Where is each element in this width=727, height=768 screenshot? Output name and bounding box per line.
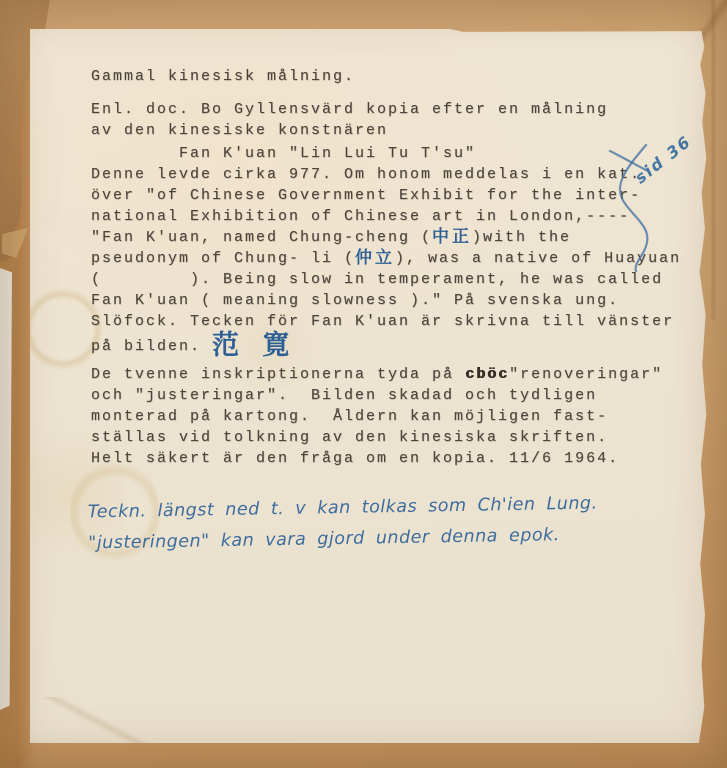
typed-line: och "justeringar". Bilden skadad och tyd…	[91, 385, 691, 406]
typed-text: av den kinesiske konstnären	[91, 122, 388, 139]
typed-text: De tvenne inskriptionerna tyda på	[91, 366, 465, 383]
document-sheet: Gammal kinesisk målning. Enl. doc. Bo Gy…	[30, 29, 707, 743]
typed-line: ställas vid tolkning av den kinesiska sk…	[91, 427, 691, 448]
typed-text: och "justeringar". Bilden skadad och tyd…	[91, 387, 597, 404]
typed-line: De tvenne inskriptionerna tyda på cböc"r…	[91, 364, 691, 385]
typed-text: över "of Chinese Government Exhibit for …	[91, 187, 641, 204]
typed-text: på bilden.	[91, 338, 212, 355]
typed-text: Fan K'uan "Lin Lui Tu T'su"	[91, 145, 476, 162]
typed-text: ställas vid tolkning av den kinesiska sk…	[91, 429, 608, 446]
typed-text: "renoveringar"	[509, 366, 663, 383]
typed-text: Enl. doc. Bo Gyllensvärd kopia efter en …	[91, 101, 608, 118]
overstruck-text: cböc	[465, 366, 509, 383]
handwritten-note-block: Teckn. längst ned t. v kan tolkas som Ch…	[88, 487, 709, 560]
typed-text: Helt säkert är den fråga om en kopia. 11…	[91, 450, 619, 467]
typed-line: monterad på kartong. Åldern kan möjligen…	[91, 406, 691, 427]
typed-line: Fan K'uan ( meaning slowness )." På sven…	[91, 290, 691, 311]
typed-text: monterad på kartong. Åldern kan möjligen…	[91, 408, 608, 425]
typed-line: Slöfock. Tecken för Fan K'uan är skrivna…	[91, 311, 691, 332]
typed-text: Denne levde cirka 977. Om honom meddelas…	[91, 166, 641, 183]
typed-text: "Fan K'uan, named Chung-cheng (	[91, 229, 432, 246]
chinese-characters-fan-kuan: 范 寛	[212, 330, 296, 361]
typed-text: Gammal kinesisk målning.	[91, 68, 355, 85]
paper-crease	[30, 697, 160, 743]
typed-line: Gammal kinesisk målning.	[91, 66, 691, 87]
typed-text: ( ). Being slow in temperament, he was c…	[91, 271, 663, 288]
photographed-document: Gammal kinesisk målning. Enl. doc. Bo Gy…	[0, 0, 727, 768]
typed-text: Fan K'uan ( meaning slowness )." På sven…	[91, 292, 619, 309]
typed-text: Slöfock. Tecken för Fan K'uan är skrivna…	[91, 313, 674, 330]
ink-flourish-mark	[596, 129, 706, 279]
typed-line: på bilden. 范 寛	[91, 332, 691, 360]
chinese-characters: 中正	[432, 227, 472, 247]
typed-text: )with the	[472, 229, 571, 246]
typed-line: Helt säkert är den fråga om en kopia. 11…	[91, 448, 691, 469]
chinese-characters: 仲立	[355, 248, 395, 268]
typed-text: pseudonym of Chung- li (	[91, 250, 355, 267]
typed-line: Enl. doc. Bo Gyllensvärd kopia efter en …	[91, 99, 691, 120]
typed-text: national Exhibition of Chinese art in Lo…	[91, 208, 630, 225]
backing-crease	[706, 0, 720, 320]
